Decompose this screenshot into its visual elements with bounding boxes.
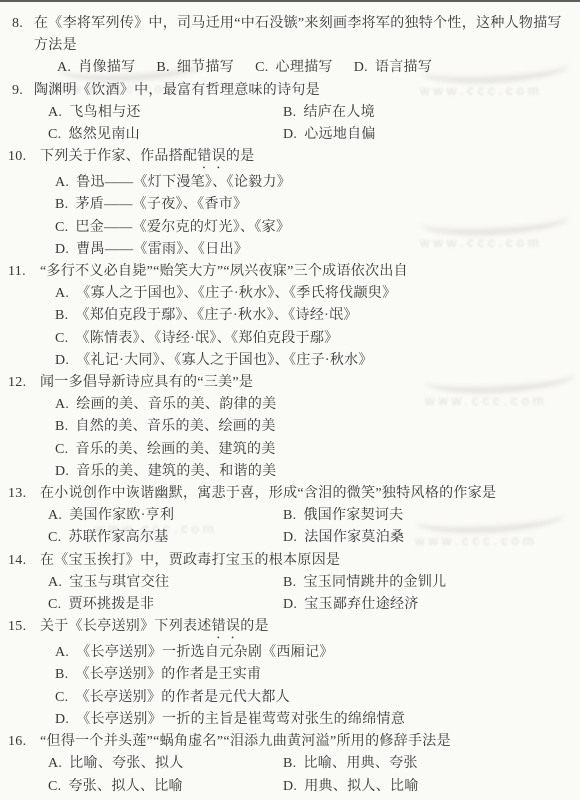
option-a: A.宝玉与琪官交往 (48, 572, 283, 594)
options: A.美国作家欧·亨利 B.俄国作家契诃夫 C.苏联作家高尔基 D.法国作家莫泊桑 (48, 505, 572, 549)
question-stem: 在小说创作中诙谐幽默，寓悲于喜，形成“含泪的微笑”独特风格的作家是 (40, 483, 572, 505)
question-15: 15. 关于《长亭送别》下列表述错误的是 A.《长亭送别》一折选自元杂剧《西厢记… (10, 616, 572, 731)
option-b: B.自然的美、音乐的美、绘画的美 (55, 416, 572, 438)
question-stem: “多行不义必自毙”“贻笑大方”“夙兴夜寐”三个成语依次出自 (40, 261, 572, 283)
options: A.比喻、夸张、拟人 B.比喻、用典、夸张 C.夸张、拟人、比喻 D.用典、拟人… (48, 753, 572, 797)
question-number: 11. (8, 261, 26, 283)
option-d: D.音乐的美、建筑的美、和谐的美 (55, 461, 572, 483)
question-11: 11. “多行不义必自毙”“贻笑大方”“夙兴夜寐”三个成语依次出自 A.《寡人之… (10, 261, 572, 372)
options: A.《寡人之于国也》、《庄子·秋水》、《季氏将伐颛臾》 B.《郑伯克段于鄢》、《… (55, 283, 572, 372)
question-stem: 关于《长亭送别》下列表述错误的是 (40, 616, 572, 642)
question-number: 10. (8, 146, 26, 168)
option-b: B.细节描写 (156, 57, 234, 79)
options: A.绘画的美、音乐的美、韵律的美 B.自然的美、音乐的美、绘画的美 C.音乐的美… (55, 394, 572, 483)
exam-paper-scan: www.ccc.com www.ccc.com www.ccc.com www.… (0, 0, 580, 800)
question-13: 13. 在小说创作中诙谐幽默，寓悲于喜，形成“含泪的微笑”独特风格的作家是 A.… (10, 483, 572, 550)
option-c: C.音乐的美、绘画的美、建筑的美 (55, 439, 572, 461)
option-a: A.飞鸟相与还 (48, 102, 283, 124)
option-a: A.《寡人之于国也》、《庄子·秋水》、《季氏将伐颛臾》 (55, 283, 572, 305)
option-c: C.巴金——《爱尔克的灯光》、《家》 (55, 217, 572, 239)
question-number: 15. (8, 616, 26, 638)
exam-questions: 8. 在《李将军列传》中，司马迁用“中石没镞”来刻画李将军的独特个性，这种人物描… (0, 0, 580, 798)
option-c: C.《长亭送别》的作者是元代大都人 (55, 687, 572, 709)
question-8: 8. 在《李将军列传》中，司马迁用“中石没镞”来刻画李将军的独特个性，这种人物描… (10, 13, 572, 80)
question-stem: 闻一多倡导新诗应具有的“三美”是 (40, 372, 572, 394)
options: A.宝玉与琪官交往 B.宝玉同情跳井的金钏儿 C.贾环挑拨是非 D.宝玉鄙弃仕途… (48, 572, 572, 616)
option-a: A.肖像描写 (57, 57, 135, 79)
question-14: 14. 在《宝玉挨打》中，贾政毒打宝玉的根本原因是 A.宝玉与琪官交往 B.宝玉… (10, 550, 572, 617)
option-c: C.心理描写 (255, 57, 333, 79)
question-number: 14. (8, 550, 26, 572)
option-c: C.悠然见南山 (48, 124, 283, 146)
question-number: 13. (8, 483, 26, 505)
question-stem: 陶渊明《饮酒》中，最富有哲理意味的诗句是 (34, 80, 568, 102)
option-d: D.《长亭送别》一折的主旨是崔莺莺对张生的绵绵情意 (55, 709, 572, 731)
question-10: 10. 下列关于作家、作品搭配错误的是 A.鲁迅——《灯下漫笔》、《论毅力》 B… (10, 146, 572, 261)
question-number: 8. (12, 13, 23, 35)
option-a: A.绘画的美、音乐的美、韵律的美 (55, 394, 572, 416)
emphasized-text: 错误 (197, 149, 226, 164)
option-d: D.宝玉鄙弃仕途经济 (283, 594, 572, 616)
option-d: D.《礼记·大同》、《寡人之于国也》、《庄子·秋水》 (55, 350, 572, 372)
options: A.鲁迅——《灯下漫笔》、《论毅力》 B.茅盾——《子夜》、《香市》 C.巴金—… (55, 172, 572, 261)
question-stem: 在《李将军列传》中，司马迁用“中石没镞”来刻画李将军的独特个性，这种人物描写方法… (34, 13, 568, 57)
question-16: 16. “但得一个并头莲”“蜗角虚名”“泪添九曲黄河溢”所用的修辞手法是 A.比… (10, 731, 572, 798)
option-a: A.比喻、夸张、拟人 (48, 753, 283, 775)
question-stem: 下列关于作家、作品搭配错误的是 (40, 146, 572, 172)
option-c: C.夸张、拟人、比喻 (48, 776, 283, 798)
question-12: 12. 闻一多倡导新诗应具有的“三美”是 A.绘画的美、音乐的美、韵律的美 B.… (10, 372, 572, 483)
question-stem: 在《宝玉挨打》中，贾政毒打宝玉的根本原因是 (40, 550, 572, 572)
question-number: 12. (8, 372, 26, 394)
option-d: D.用典、拟人、比喻 (283, 776, 572, 798)
option-b: B.比喻、用典、夸张 (283, 753, 572, 775)
options: A.《长亭送别》一折选自元杂剧《西厢记》 B.《长亭送别》的作者是王实甫 C.《… (55, 642, 572, 731)
question-9: 9. 陶渊明《饮酒》中，最富有哲理意味的诗句是 A.飞鸟相与还 B.结庐在人境 … (10, 80, 572, 147)
option-b: B.宝玉同情跳井的金钏儿 (283, 572, 572, 594)
option-d: D.曹禺——《雷雨》、《日出》 (55, 239, 572, 261)
option-b: B.俄国作家契诃夫 (283, 505, 572, 527)
option-c: C.贾环挑拨是非 (48, 594, 283, 616)
option-a: A.美国作家欧·亨利 (48, 505, 283, 527)
option-c: C.《陈情表》、《诗经·氓》、《郑伯克段于鄢》 (55, 328, 572, 350)
option-d: D.心远地自偏 (283, 124, 572, 146)
question-number: 9. (12, 80, 23, 102)
option-c: C.苏联作家高尔基 (48, 527, 283, 549)
option-d: D.语言描写 (354, 57, 432, 79)
question-stem: “但得一个并头莲”“蜗角虚名”“泪添九曲黄河溢”所用的修辞手法是 (40, 731, 572, 753)
options: A.飞鸟相与还 B.结庐在人境 C.悠然见南山 D.心远地自偏 (48, 102, 572, 146)
emphasized-text: 错误 (212, 619, 241, 634)
option-a: A.《长亭送别》一折选自元杂剧《西厢记》 (55, 642, 572, 664)
option-b: B.《长亭送别》的作者是王实甫 (55, 664, 572, 686)
option-b: B.《郑伯克段于鄢》、《庄子·秋水》、《诗经·氓》 (55, 305, 572, 327)
option-b: B.茅盾——《子夜》、《香市》 (55, 194, 572, 216)
option-a: A.鲁迅——《灯下漫笔》、《论毅力》 (55, 172, 572, 194)
question-number: 16. (8, 731, 26, 753)
option-d: D.法国作家莫泊桑 (283, 527, 572, 549)
options: A.肖像描写 B.细节描写 C.心理描写 D.语言描写 (57, 57, 572, 79)
option-b: B.结庐在人境 (283, 102, 572, 124)
